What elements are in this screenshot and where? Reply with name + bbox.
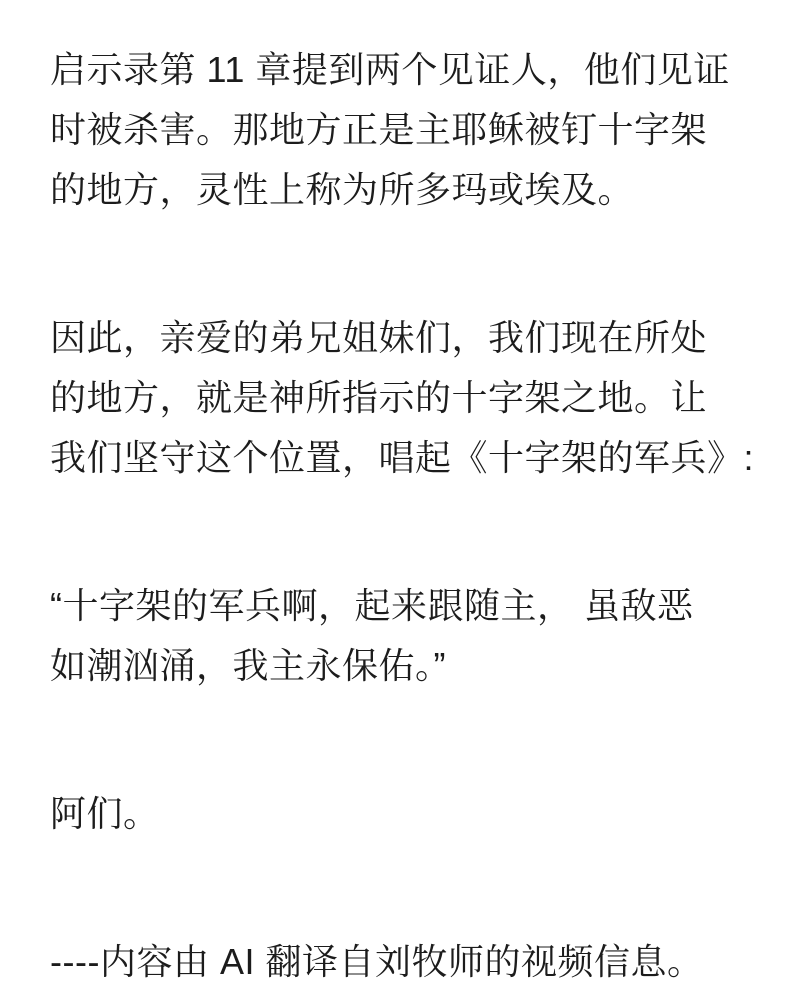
text-line: 的地方，就是神所指示的十字架之地。让 bbox=[50, 368, 754, 428]
text-line: 阿们。 bbox=[50, 784, 754, 844]
paragraph-revelation-witnesses: 启示录第 11 章提到两个见证人，他们见证 时被杀害。那地方正是主耶稣被钉十字架… bbox=[50, 40, 754, 220]
paragraph-attribution: ----内容由 AI 翻译自刘牧师的视频信息。 bbox=[50, 932, 754, 992]
text-line: 如潮汹涌，我主永保佑。” bbox=[50, 636, 754, 696]
text-line: 时被杀害。那地方正是主耶稣被钉十字架 bbox=[50, 100, 754, 160]
paragraph-hymn-quote: “十字架的军兵啊，起来跟随主， 虽敌恶 如潮汹涌，我主永保佑。” bbox=[50, 576, 754, 696]
text-line: 因此，亲爱的弟兄姐妹们，我们现在所处 bbox=[50, 308, 754, 368]
paragraph-exhortation: 因此，亲爱的弟兄姐妹们，我们现在所处 的地方，就是神所指示的十字架之地。让 我们… bbox=[50, 308, 754, 488]
text-line: 启示录第 11 章提到两个见证人，他们见证 bbox=[50, 40, 754, 100]
document-page: 启示录第 11 章提到两个见证人，他们见证 时被杀害。那地方正是主耶稣被钉十字架… bbox=[0, 0, 800, 997]
paragraph-amen: 阿们。 bbox=[50, 784, 754, 844]
text-line: 的地方，灵性上称为所多玛或埃及。 bbox=[50, 160, 754, 220]
text-line: 我们坚守这个位置，唱起《十字架的军兵》: bbox=[50, 428, 754, 488]
text-line: ----内容由 AI 翻译自刘牧师的视频信息。 bbox=[50, 932, 754, 992]
text-line: “十字架的军兵啊，起来跟随主， 虽敌恶 bbox=[50, 576, 754, 636]
